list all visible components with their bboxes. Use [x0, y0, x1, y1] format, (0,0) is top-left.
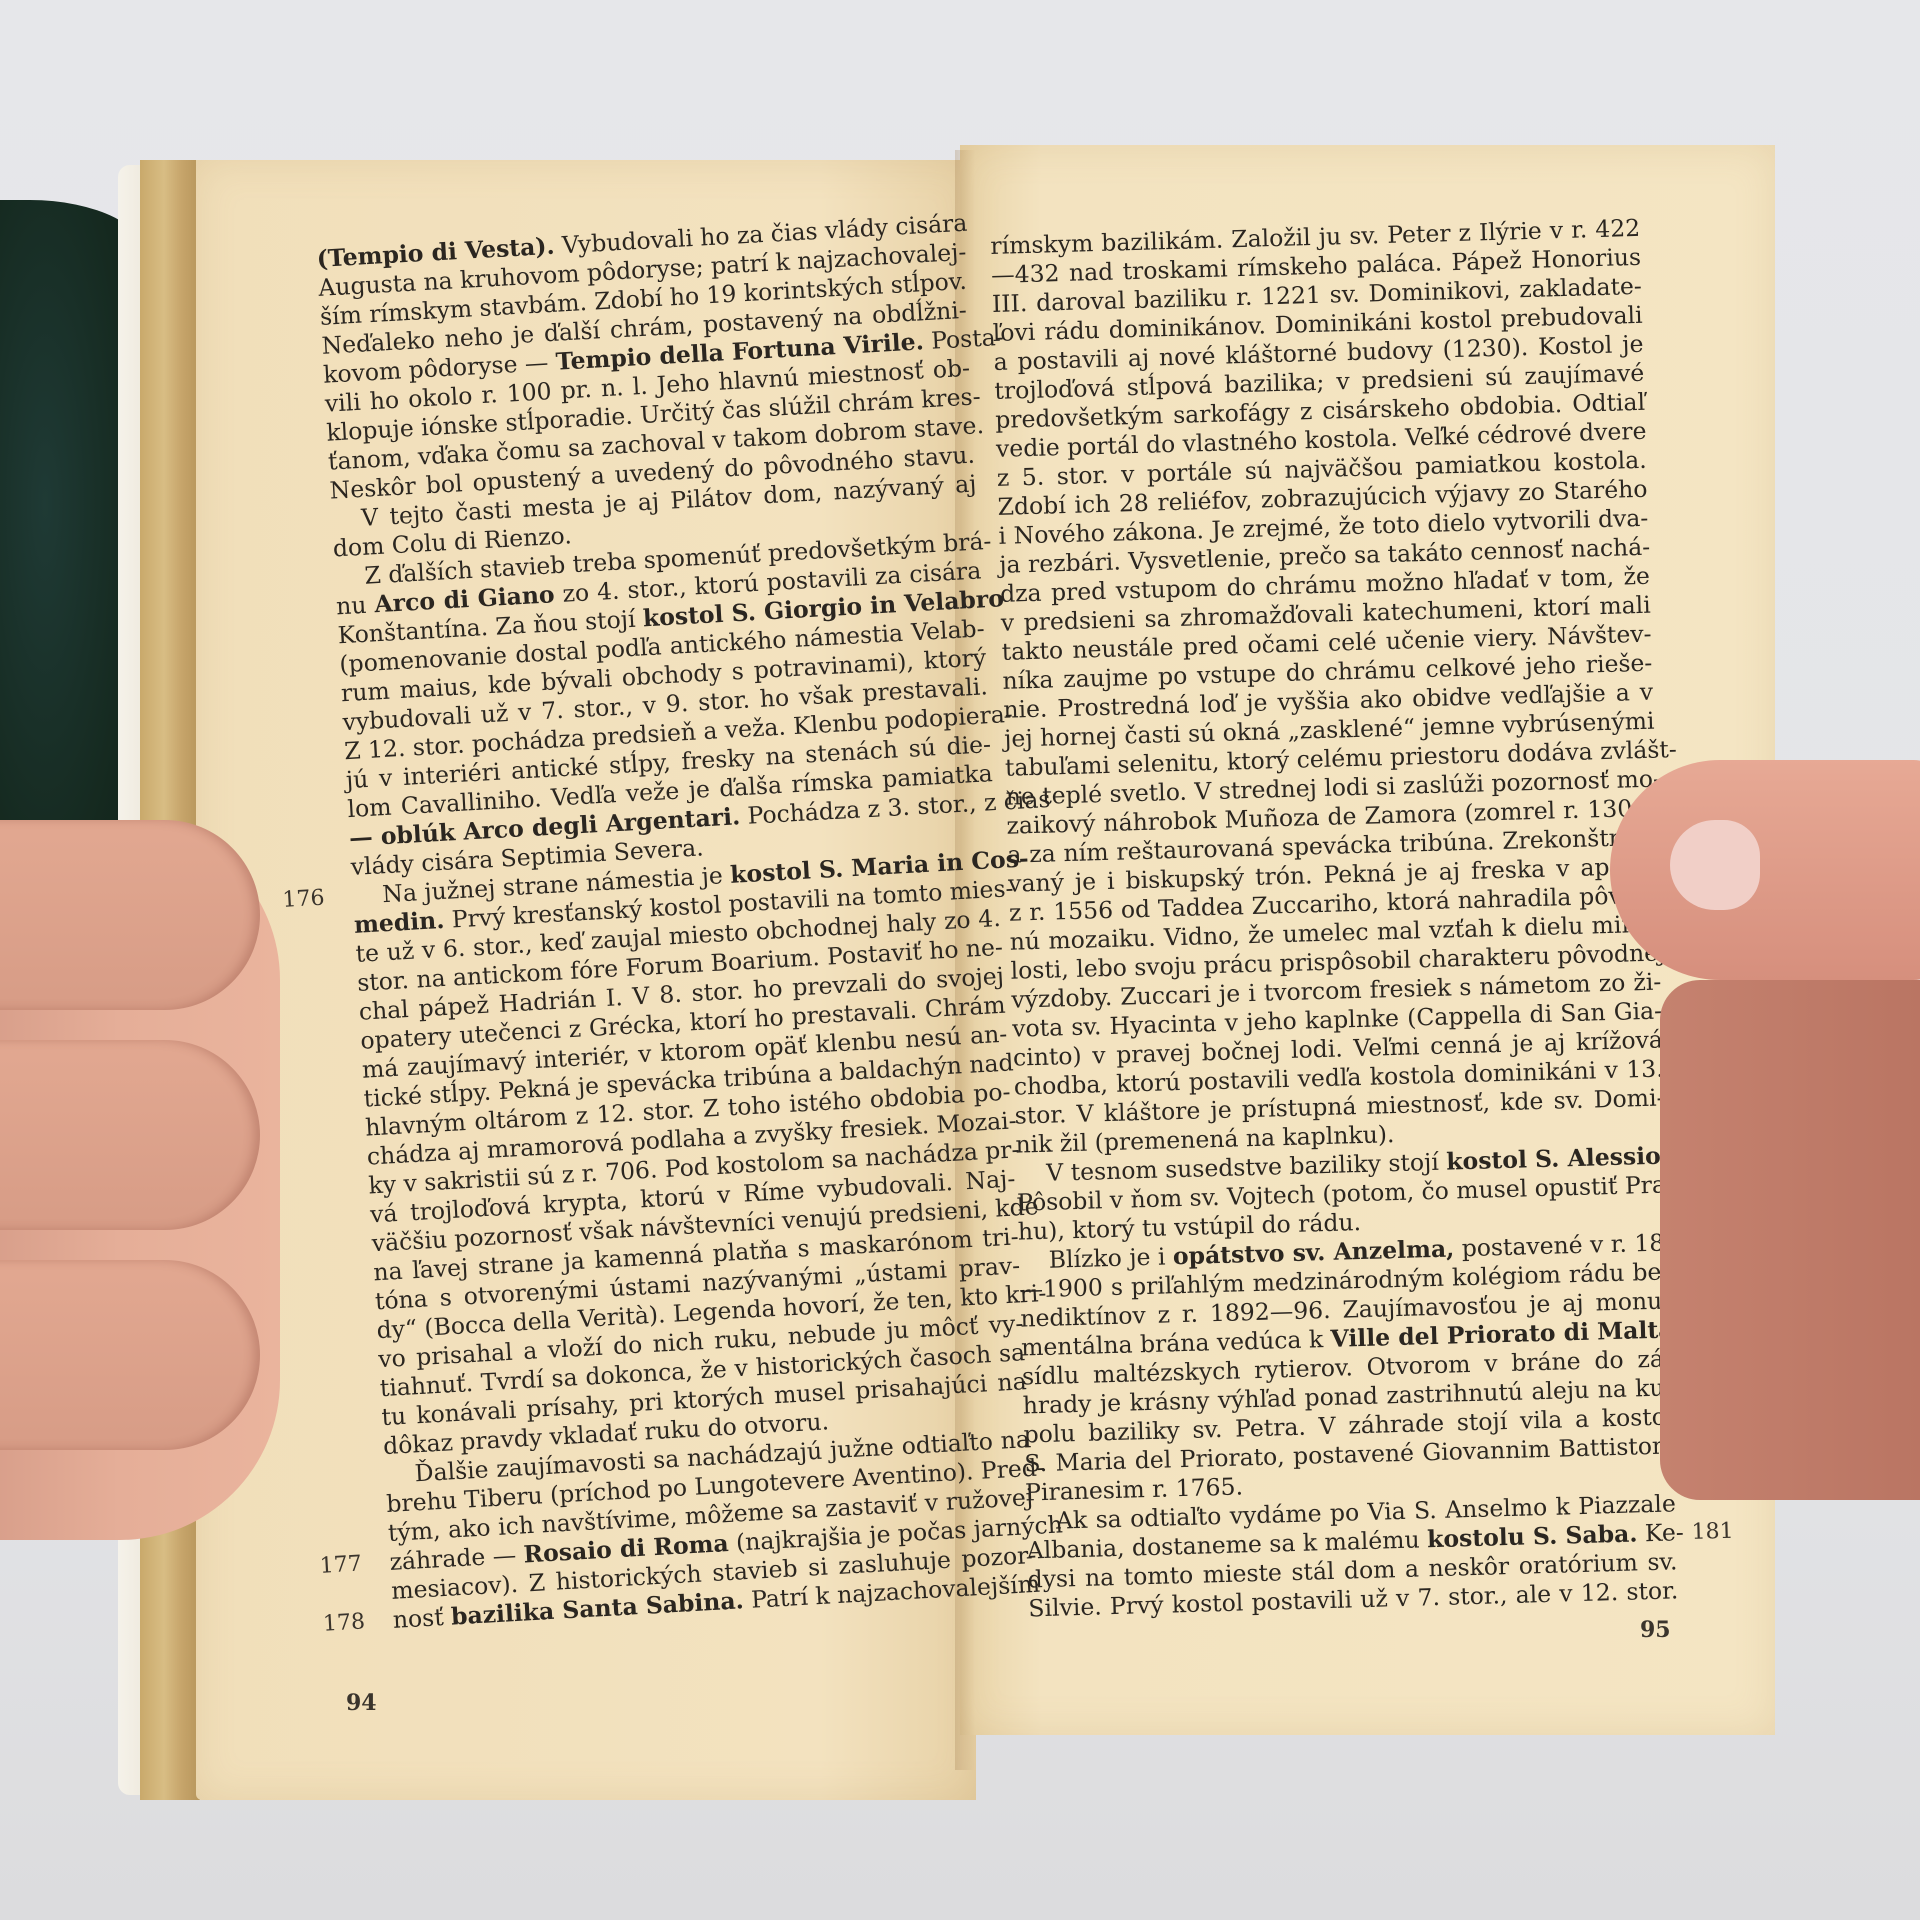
- text-run: nu: [335, 590, 375, 620]
- right-hand: [1590, 740, 1920, 1500]
- right-page-text: rímskym bazilikám. Založil ju sv. Peter …: [990, 214, 1679, 1624]
- left-finger: [0, 1260, 260, 1450]
- left-finger: [0, 1040, 260, 1230]
- thumbnail: [1670, 820, 1760, 910]
- margin-reference-number: 178: [322, 1607, 366, 1638]
- margin-reference-number: 181: [1691, 1517, 1734, 1547]
- left-thumb: [0, 820, 260, 1010]
- text-run: Blízko je i: [1048, 1242, 1173, 1273]
- bold-landmark-name: kostolu S. Saba.: [1427, 1519, 1638, 1553]
- right-thumb: [1610, 760, 1920, 980]
- margin-reference-number: 176: [282, 884, 326, 915]
- text-run: nosť: [392, 1603, 452, 1634]
- margin-reference-number: 177: [319, 1550, 363, 1581]
- left-hand: [0, 820, 280, 1540]
- right-page-number: 95: [1640, 1617, 1671, 1643]
- left-page-number: 94: [346, 1690, 377, 1716]
- right-palm: [1660, 980, 1920, 1500]
- text-run: Ke-: [1637, 1518, 1684, 1547]
- bold-landmark-name: medin.: [353, 906, 445, 939]
- left-page-text: (Tempio di Vesta). Vybudovali ho za čias…: [316, 209, 1039, 1635]
